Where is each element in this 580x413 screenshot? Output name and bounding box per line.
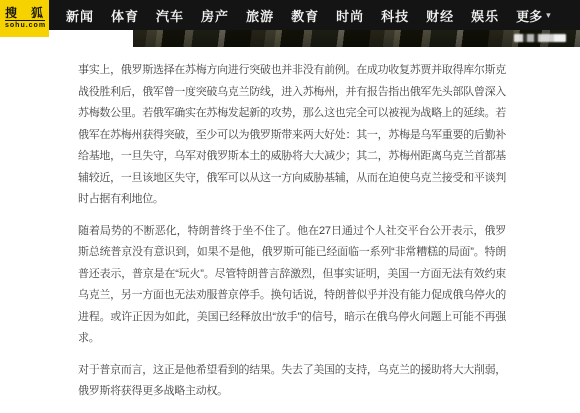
sohu-logo[interactable]: 搜狐 sohu.com [0, 0, 49, 37]
nav-item[interactable]: 科技 [381, 6, 409, 25]
nav-more[interactable]: 更多 ▾ [516, 6, 551, 25]
sohu-logo-text: 搜狐 [5, 6, 45, 21]
image-watermark [514, 34, 566, 42]
article-image-strip [133, 30, 580, 47]
page: 新闻 体育 汽车 房产 旅游 教育 时尚 科技 财经 娱乐 更多 ▾ [0, 0, 580, 413]
nav-item[interactable]: 娱乐 [471, 6, 499, 25]
article-paragraph: 对于普京而言，这正是他希望看到的结果。失去了美国的支持，乌克兰的援助将大大削弱，… [78, 360, 506, 403]
nav-item[interactable]: 时尚 [336, 6, 364, 25]
nav-more-label: 更多 [516, 6, 542, 25]
article-body: 事实上，俄罗斯选择在苏梅方向进行突破也并非没有前例。在成功收复苏贾并取得库尔斯克… [0, 47, 580, 413]
sohu-logo-domain: sohu.com [5, 21, 45, 30]
nav-item[interactable]: 汽车 [156, 6, 184, 25]
nav-item[interactable]: 旅游 [246, 6, 274, 25]
chevron-down-icon: ▾ [546, 11, 551, 20]
article-paragraph: 事实上，俄罗斯选择在苏梅方向进行突破也并非没有前例。在成功收复苏贾并取得库尔斯克… [78, 60, 506, 211]
nav-item[interactable]: 新闻 [66, 6, 94, 25]
article-paragraph: 随着局势的不断恶化，特朗普终于坐不住了。他在27日通过个人社交平台公开表示，俄罗… [78, 221, 506, 350]
nav-item[interactable]: 房产 [201, 6, 229, 25]
nav-item[interactable]: 财经 [426, 6, 454, 25]
nav-item[interactable]: 体育 [111, 6, 139, 25]
top-nav-bar: 新闻 体育 汽车 房产 旅游 教育 时尚 科技 财经 娱乐 更多 ▾ [0, 0, 580, 30]
nav-item[interactable]: 教育 [291, 6, 319, 25]
